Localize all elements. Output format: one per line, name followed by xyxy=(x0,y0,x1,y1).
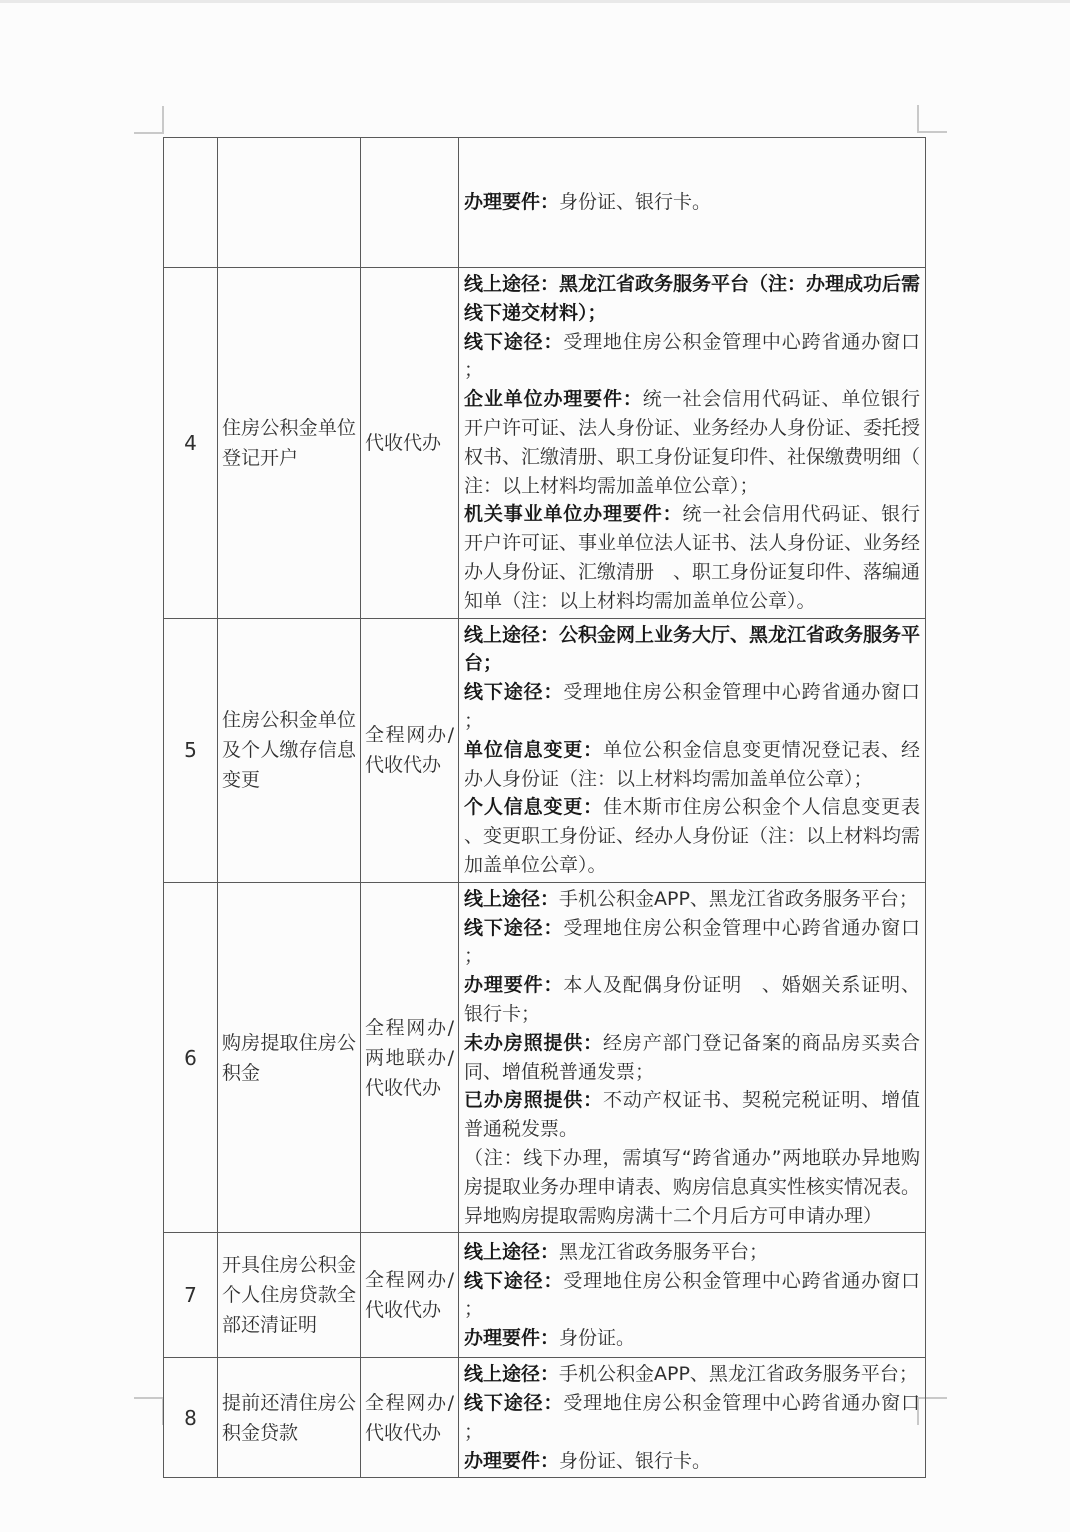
row-number-cell xyxy=(164,138,218,268)
requirement-paragraph: 机关事业单位办理要件：统一社会信用代码证、银行开户许可证、事业单位法人证书、法人… xyxy=(464,500,920,615)
services-table: 办理要件：身份证、银行卡。4住房公积金单位登记开户代收代办线上途径：黑龙江省政务… xyxy=(163,137,926,1478)
table-row: 5住房公积金单位及个人缴存信息变更全程网办/代收代办线上途径：公积金网上业务大厅… xyxy=(164,618,926,882)
handling-method-cell: 全程网办/代收代办 xyxy=(361,1358,459,1478)
requirement-paragraph: 线下途径：受理地住房公积金管理中心跨省通办窗口； xyxy=(464,678,920,736)
table-row: 4住房公积金单位登记开户代收代办线上途径：黑龙江省政务服务平台（注：办理成功后需… xyxy=(164,268,926,619)
requirement-paragraph: 线上途径：手机公积金APP、黑龙江省政务服务平台； xyxy=(464,885,920,914)
requirement-paragraph: 线下途径：受理地住房公积金管理中心跨省通办窗口； xyxy=(464,1267,920,1325)
margin-crop-mark-top-left xyxy=(134,106,164,134)
table-row: 8提前还清住房公积金贷款全程网办/代收代办线上途径：手机公积金APP、黑龙江省政… xyxy=(164,1358,926,1478)
requirement-paragraph: 办理要件：本人及配偶身份证明 、婚姻关系证明、银行卡； xyxy=(464,971,920,1029)
requirement-paragraph: 办理要件：身份证。 xyxy=(464,1324,920,1353)
requirement-label: 办理要件： xyxy=(464,1327,559,1349)
requirement-label: 个人信息变更： xyxy=(464,796,603,818)
requirement-label: 线下途径： xyxy=(464,1392,563,1414)
requirement-label: 企业单位办理要件： xyxy=(464,388,643,410)
requirement-label: 线下途径： xyxy=(464,917,563,939)
handling-method-cell: 全程网办/两地联办/代收代办 xyxy=(361,882,459,1233)
requirement-label: 线下途径： xyxy=(464,681,563,703)
handling-method-cell: 代收代办 xyxy=(361,268,459,619)
handling-method-cell xyxy=(361,138,459,268)
requirement-label: 单位信息变更： xyxy=(464,739,603,761)
requirement-paragraph: 单位信息变更：单位公积金信息变更情况登记表、经办人身份证（注：以上材料均需加盖单… xyxy=(464,736,920,794)
requirement-label: 办理要件： xyxy=(464,191,559,213)
requirement-label: 线下途径： xyxy=(464,1270,563,1292)
requirement-paragraph: 线上途径：黑龙江省政务服务平台（注：办理成功后需线下递交材料）； xyxy=(464,270,920,328)
handling-method-cell: 全程网办/代收代办 xyxy=(361,1233,459,1358)
requirement-label: 线上途径： xyxy=(464,1241,559,1263)
requirements-cell: 线上途径：黑龙江省政务服务平台（注：办理成功后需线下递交材料）；线下途径：受理地… xyxy=(459,268,926,619)
requirements-cell: 线上途径：黑龙江省政务服务平台；线下途径：受理地住房公积金管理中心跨省通办窗口；… xyxy=(459,1233,926,1358)
table-row: 6购房提取住房公积金全程网办/两地联办/代收代办线上途径：手机公积金APP、黑龙… xyxy=(164,882,926,1233)
requirement-paragraph: 已办房照提供：不动产权证书、契税完税证明、增值普通税发票。 xyxy=(464,1086,920,1144)
margin-crop-mark-bottom-left xyxy=(134,1397,164,1425)
requirement-label: 办理要件： xyxy=(464,974,563,996)
requirement-paragraph: 个人信息变更：佳木斯市住房公积金个人信息变更表、变更职工身份证、经办人身份证（注… xyxy=(464,793,920,879)
requirement-label: 线上途径： xyxy=(464,888,559,910)
requirement-paragraph: 未办房照提供：经房产部门登记备案的商品房买卖合同、增值税普通发票； xyxy=(464,1029,920,1087)
scan-top-edge xyxy=(0,0,1070,3)
requirement-paragraph: 线下途径：受理地住房公积金管理中心跨省通办窗口； xyxy=(464,914,920,972)
service-name-cell: 提前还清住房公积金贷款 xyxy=(218,1358,361,1478)
requirement-label: 线下途径： xyxy=(464,331,563,353)
requirement-paragraph: 线上途径：黑龙江省政务服务平台； xyxy=(464,1238,920,1267)
requirements-cell: 办理要件：身份证、银行卡。 xyxy=(459,138,926,268)
requirement-paragraph: （注：线下办理，需填写“跨省通办”两地联办异地购房提取业务办理申请表、购房信息真… xyxy=(464,1144,920,1230)
requirement-label: 办理要件： xyxy=(464,1450,559,1472)
requirement-paragraph: 线上途径：手机公积金APP、黑龙江省政务服务平台； xyxy=(464,1360,920,1389)
table-row: 办理要件：身份证、银行卡。 xyxy=(164,138,926,268)
requirement-label: 机关事业单位办理要件： xyxy=(464,503,683,525)
service-name-cell: 开具住房公积金个人住房贷款全部还清证明 xyxy=(218,1233,361,1358)
service-name-cell: 购房提取住房公积金 xyxy=(218,882,361,1233)
row-number-cell: 8 xyxy=(164,1358,218,1478)
requirements-cell: 线上途径：公积金网上业务大厅、黑龙江省政务服务平台；线下途径：受理地住房公积金管… xyxy=(459,618,926,882)
service-name-cell: 住房公积金单位及个人缴存信息变更 xyxy=(218,618,361,882)
table-row: 7开具住房公积金个人住房贷款全部还清证明全程网办/代收代办线上途径：黑龙江省政务… xyxy=(164,1233,926,1358)
requirements-cell: 线上途径：手机公积金APP、黑龙江省政务服务平台；线下途径：受理地住房公积金管理… xyxy=(459,882,926,1233)
requirement-label: 未办房照提供： xyxy=(464,1032,603,1054)
row-number-cell: 4 xyxy=(164,268,218,619)
requirement-label: 线上途径： xyxy=(464,1363,559,1385)
service-name-cell: 住房公积金单位登记开户 xyxy=(218,268,361,619)
requirement-paragraph: 线下途径：受理地住房公积金管理中心跨省通办窗口； xyxy=(464,1389,920,1447)
requirement-paragraph: 办理要件：身份证、银行卡。 xyxy=(464,1447,920,1476)
services-table-body: 办理要件：身份证、银行卡。4住房公积金单位登记开户代收代办线上途径：黑龙江省政务… xyxy=(164,138,926,1478)
margin-crop-mark-top-right xyxy=(917,105,947,133)
requirement-paragraph: 办理要件：身份证、银行卡。 xyxy=(464,188,920,217)
requirement-paragraph: 企业单位办理要件：统一社会信用代码证、单位银行开户许可证、法人身份证、业务经办人… xyxy=(464,385,920,500)
row-number-cell: 6 xyxy=(164,882,218,1233)
row-number-cell: 7 xyxy=(164,1233,218,1358)
handling-method-cell: 全程网办/代收代办 xyxy=(361,618,459,882)
requirement-paragraph: 线上途径：公积金网上业务大厅、黑龙江省政务服务平台； xyxy=(464,621,920,679)
requirement-label: 已办房照提供： xyxy=(464,1089,603,1111)
requirements-cell: 线上途径：手机公积金APP、黑龙江省政务服务平台；线下途径：受理地住房公积金管理… xyxy=(459,1358,926,1478)
service-name-cell xyxy=(218,138,361,268)
requirement-paragraph: 线下途径：受理地住房公积金管理中心跨省通办窗口； xyxy=(464,328,920,386)
row-number-cell: 5 xyxy=(164,618,218,882)
